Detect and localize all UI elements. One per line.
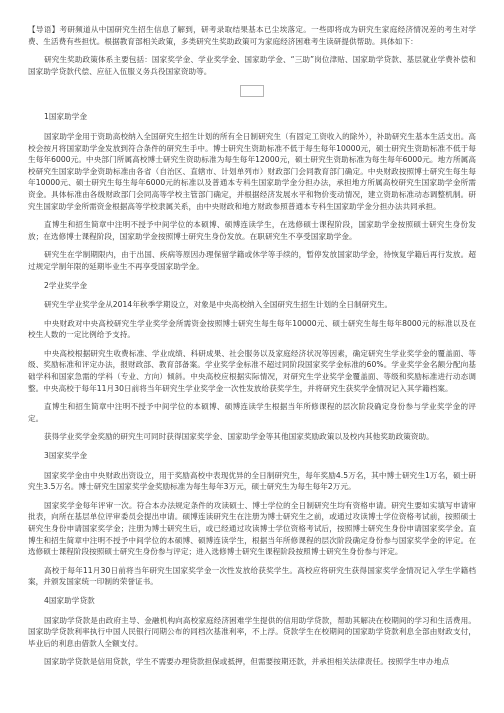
section-heading: 1国家助学金 bbox=[28, 111, 476, 123]
section-paragraph: 国家助学贷款是信用贷款，学生不需要办理贷款担保或抵押，但需要按期还款，并承担相关… bbox=[28, 656, 476, 668]
section-paragraph: 中央高校根据研究生收费标准、学业成绩、科研成果、社会服务以及家庭经济状况等因素，… bbox=[28, 348, 476, 394]
section-student-loan: 4国家助学贷款 国家助学贷款是由政府主导、金融机构向高校家庭经济困难学生提供的信… bbox=[28, 595, 476, 668]
article: 【导语】考研频道从中国研究生招生信息了解到，研考录取结果基本已尘埃落定。一些即将… bbox=[28, 24, 476, 675]
section-heading: 2学业奖学金 bbox=[28, 280, 476, 292]
section-paragraph: 中央财政对中央高校研究生学业奖学金所需资金按照博士研究生每生每年10000元、硕… bbox=[28, 318, 476, 341]
section-paragraph: 获得学业奖学金奖励的研究生可同时获得国家奖学金、国家助学金等其他国家奖励政策以及… bbox=[28, 431, 476, 443]
section-paragraph: 研究生在学制期限内，由于出国、疾病等原因办理保留学籍或休学等手续的，暂停发放国家… bbox=[28, 249, 476, 272]
section-paragraph: 国家助学贷款是由政府主导、金融机构向高校家庭经济困难学生提供的信用助学贷款，帮助… bbox=[28, 615, 476, 650]
section-academic-scholarship: 2学业奖学金 研究生学业奖学金从2014年秋季学期设立，对象是中央高校纳入全国研… bbox=[28, 280, 476, 444]
section-heading: 3国家奖学金 bbox=[28, 450, 476, 462]
image-placeholder bbox=[240, 85, 264, 97]
section-paragraph: 直博生和招生简章中注明不授予中间学位的本硕博、硕博连读学生根据当年所修课程的层次… bbox=[28, 401, 476, 424]
section-national-grant: 1国家助学金 国家助学金用于资助高校纳入全国研究生招生计划的所有全日制研究生（有… bbox=[28, 111, 476, 272]
section-paragraph: 研究生学业奖学金从2014年秋季学期设立，对象是中央高校纳入全国研究生招生计划的… bbox=[28, 299, 476, 311]
section-paragraph: 高校于每年11月30日前将当年研究生国家奖学金一次性发放给获奖学生。高校应将研究… bbox=[28, 565, 476, 588]
section-paragraph: 国家助学金用于资助高校纳入全国研究生招生计划的所有全日制研究生（有固定工资收入的… bbox=[28, 131, 476, 212]
overview-paragraph: 研究生奖助政策体系主要包括：国家奖学金、学业奖学金、国家助学金、“三助”岗位津贴… bbox=[28, 54, 476, 77]
section-paragraph: 国家奖学金由中央财政出资设立，用于奖励高校中表现优异的全日制研究生，每年奖励4.… bbox=[28, 470, 476, 493]
section-paragraph: 国家奖学金每年评审一次。符合本办法规定条件的攻读硕士、博士学位的全日制研究生均有… bbox=[28, 500, 476, 558]
section-paragraph: 直博生和招生简章中注明不授予中间学位的本硕博、硕博连读学生，在选修硕士课程阶段，… bbox=[28, 219, 476, 242]
intro-paragraph: 【导语】考研频道从中国研究生招生信息了解到，研考录取结果基本已尘埃落定。一些即将… bbox=[28, 24, 476, 47]
section-national-scholarship: 3国家奖学金 国家奖学金由中央财政出资设立，用于奖励高校中表现优异的全日制研究生… bbox=[28, 450, 476, 588]
section-heading: 4国家助学贷款 bbox=[28, 595, 476, 607]
